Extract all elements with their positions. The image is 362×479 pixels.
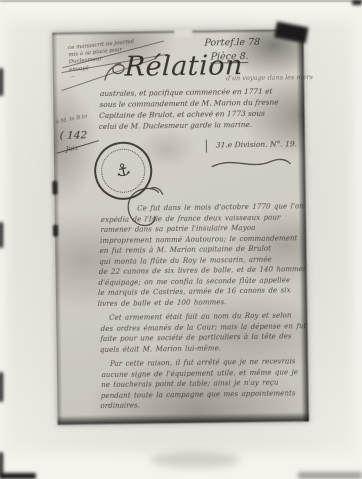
folio-number: ( 142 — [59, 129, 87, 141]
title-continuation: d'un voyage dans les mers — [226, 73, 313, 82]
body-line: quels était M. Marion lui-même. — [100, 342, 306, 355]
photograph-of-manuscript: ce manuscrit ou journal mis à sa place p… — [0, 0, 362, 479]
photo-edge-mark — [0, 372, 3, 402]
folio-underline — [57, 140, 99, 154]
paper-notch — [174, 29, 192, 37]
body-paragraph-1: Ce fut dans le mois d'octobre 1770 que l… — [97, 201, 307, 309]
division-underline-flourish — [210, 153, 294, 172]
margin-note: à M. le B.to — [55, 114, 87, 126]
photo-edge-mark — [0, 222, 3, 248]
photo-edge-mark — [298, 472, 362, 479]
photo-edge-mark — [352, 0, 362, 5]
photo-smudge — [150, 452, 240, 468]
photo-edge-mark — [0, 68, 3, 96]
division-note: 31.e Division. N°. 19. — [216, 139, 298, 149]
body-line: livres de balle et de 100 hommes. — [97, 296, 303, 309]
photo-edge-mark — [0, 473, 36, 479]
photo-edge-line — [0, 0, 362, 2]
spine-mark — [53, 225, 58, 237]
archive-portfolio-ref: Portef.le 78 — [204, 37, 260, 49]
body-paragraph-2: Cet armement était fait au nom du Roy et… — [100, 310, 308, 355]
division-tick-mark — [206, 140, 207, 153]
subtitle-block: australes, et pacifique commencée en 177… — [99, 86, 280, 133]
subtitle-line: celui de M. Duclesmeur garde la marine. — [99, 119, 279, 133]
body-paragraph-3: Par cette raison, il fut arrêté que je n… — [100, 356, 308, 411]
body-line: ordinaires. — [100, 398, 306, 411]
spine-mark — [52, 181, 57, 195]
manuscript-page: ce manuscrit ou journal mis à sa place p… — [52, 29, 308, 424]
